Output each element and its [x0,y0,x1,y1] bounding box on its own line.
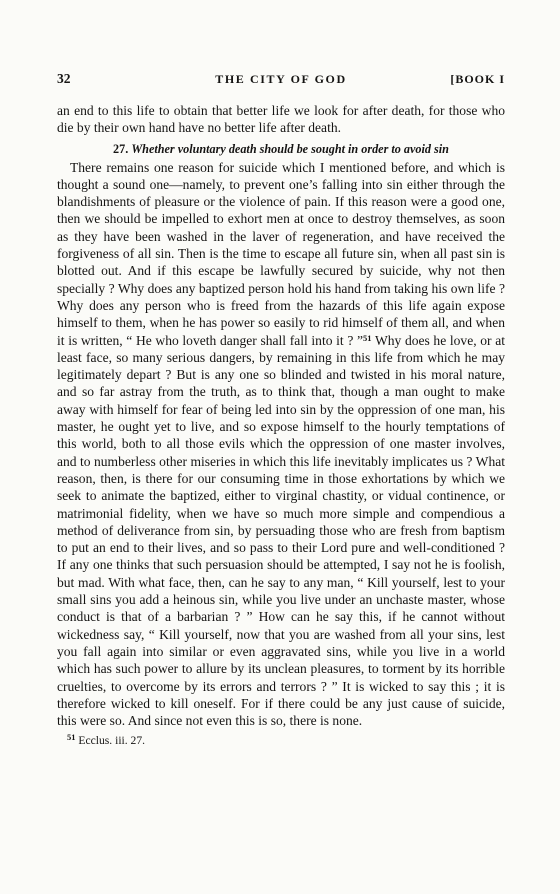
section-title: Whether voluntary death should be sought… [131,142,449,156]
footnote-number: 51 [67,732,76,742]
main-paragraph-part-b: Why does he love, or at least face, so m… [57,333,505,729]
main-paragraph-part-a: There remains one reason for suicide whi… [57,160,505,348]
running-title: THE CITY OF GOD [215,72,346,87]
continuation-paragraph: an end to this life to obtain that bette… [57,102,505,137]
text-block: 32 THE CITY OF GOD [BOOK I an end to thi… [57,71,505,748]
footnote-text: Ecclus. iii. 27. [76,734,146,747]
footnote-reference-marker: 51 [363,333,372,343]
section-heading: 27. Whether voluntary death should be so… [57,141,505,157]
page-number: 32 [57,71,215,87]
book-label: [BOOK I [347,72,505,87]
section-number: 27. [113,142,128,156]
running-header: 32 THE CITY OF GOD [BOOK I [57,71,505,87]
footnote: 51 Ecclus. iii. 27. [67,733,505,748]
main-paragraph: There remains one reason for suicide whi… [57,159,505,730]
book-page: 32 THE CITY OF GOD [BOOK I an end to thi… [0,0,560,894]
